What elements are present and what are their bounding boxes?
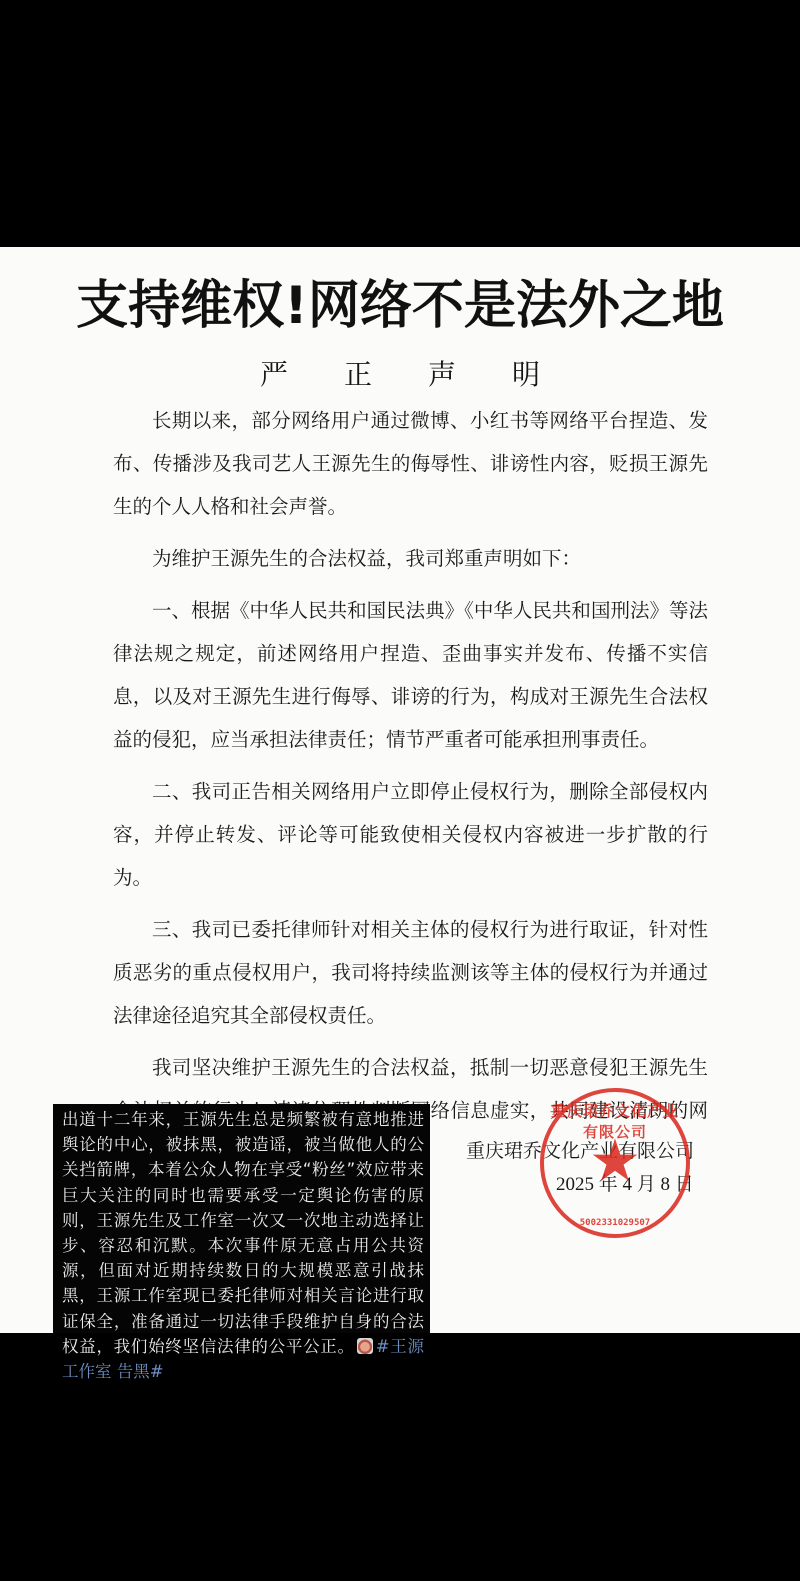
star-icon: ★ [589,1132,641,1190]
paragraph-declaration: 为维护王源先生的合法权益，我司郑重声明如下： [113,537,708,580]
headline: 支持维权!网络不是法外之地 [0,275,800,337]
title-char: 明 [512,355,540,395]
paragraph-intro: 长期以来，部分网络用户通过微博、小红书等网络平台捏造、发布、传播涉及我司艺人王源… [113,399,708,528]
top-black-bar [0,0,800,247]
document-title: 严正声明 [0,355,800,395]
post-caption: 出道十二年来，王源先生总是频繁被有意地推进舆论的中心，被抹黑，被造谣，被当做他人… [62,1107,424,1384]
paragraph-point-1: 一、根据《中华人民共和国民法典》《中华人民共和国刑法》等法律法规之规定，前述网络… [113,589,708,761]
seal-code: 5002331029507 [544,1218,686,1228]
title-char: 声 [428,355,456,395]
paragraph-point-3: 三、我司已委托律师针对相关主体的侵权行为进行取证，针对性质恶劣的重点侵权用户，我… [113,908,708,1037]
title-char: 严 [260,355,288,395]
title-char: 正 [344,355,372,395]
paragraph-point-2: 二、我司正告相关网络用户立即停止侵权行为，删除全部侵权内容，并停止转发、评论等可… [113,770,708,899]
face-emoji-icon [357,1338,373,1354]
post-body-text: 出道十二年来，王源先生总是频繁被有意地推进舆论的中心，被抹黑，被造谣，被当做他人… [62,1110,424,1356]
company-seal-icon: 重庆珺乔文化产业有限公司 ★ 5002331029507 [540,1088,690,1238]
